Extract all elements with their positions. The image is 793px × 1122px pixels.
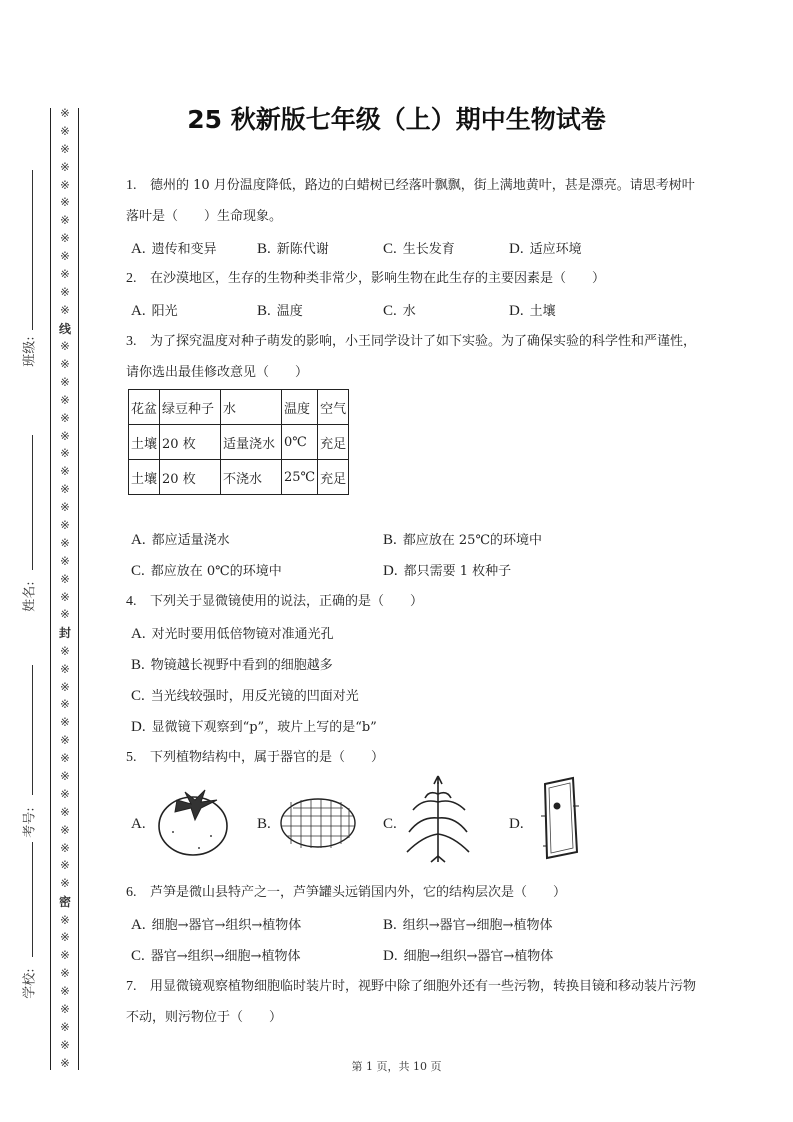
question-3: 3.为了探究温度对种子萌发的影响，小王同学设计了如下实验。为了确保实验的科学性和…	[126, 326, 696, 388]
question-1-options: A.遗传和变异 B.新陈代谢 C.生长发育 D.适应环境	[131, 232, 711, 263]
page-title: 25 秋新版七年级（上）期中生物试卷	[0, 100, 793, 136]
reference-mark-icon: ※	[60, 359, 70, 371]
class-field-line	[32, 170, 33, 330]
table-cell: 不浇水	[221, 460, 282, 495]
cell-tissue-icon	[279, 796, 357, 850]
reference-mark-icon: ※	[60, 986, 70, 998]
question-number: 1.	[126, 170, 150, 201]
table-cell: 充足	[318, 425, 349, 460]
name-field-label: 姓名:	[19, 581, 38, 611]
page-footer: 第 1 页，共 10 页	[0, 1058, 793, 1074]
question-number: 3.	[126, 326, 150, 357]
reference-mark-icon: ※	[60, 968, 70, 980]
table-cell: 土壤	[129, 460, 160, 495]
reference-mark-icon: ※	[60, 574, 70, 586]
option-c[interactable]: C.水	[383, 300, 509, 320]
reference-mark-icon: ※	[60, 609, 70, 621]
reference-mark-icon: ※	[60, 251, 70, 263]
table-header: 水	[221, 390, 282, 425]
reference-mark-icon: ※	[60, 180, 70, 192]
tomato-fruit-icon	[155, 786, 231, 858]
reference-mark-icon: ※	[60, 520, 70, 532]
option-b[interactable]: B.物镜越长视野中看到的细胞越多	[131, 654, 333, 674]
reference-mark-icon: ※	[60, 878, 70, 890]
school-field-label: 学校:	[19, 968, 38, 998]
option-a[interactable]: A.都应适量浇水	[131, 529, 383, 549]
reference-mark-icon: ※	[60, 915, 70, 927]
reference-mark-icon: ※	[60, 215, 70, 227]
seal-char: 线	[59, 323, 71, 335]
reference-mark-icon: ※	[60, 843, 70, 855]
table-row: 土壤 20 枚 不浇水 25℃ 充足	[129, 460, 349, 495]
option-c[interactable]: C.生长发育	[383, 238, 509, 258]
option-b[interactable]: B.温度	[257, 300, 383, 320]
table-header: 花盆	[129, 390, 160, 425]
reference-mark-icon: ※	[60, 341, 70, 353]
question-5-options: A. B. C.	[131, 780, 691, 870]
reference-mark-icon: ※	[60, 646, 70, 658]
reference-mark-icon: ※	[60, 413, 70, 425]
binding-line-right	[78, 108, 79, 1070]
exam-number-field-label: 考号:	[19, 807, 38, 837]
question-text: 用显微镜观察植物细胞临时装片时，视野中除了细胞外还有一些污物，转换目镜和移动装片…	[126, 979, 696, 1025]
school-field-line	[32, 842, 33, 957]
exam-number-field[interactable]: 考号:	[8, 665, 36, 845]
reference-mark-icon: ※	[60, 448, 70, 460]
reference-mark-icon: ※	[60, 664, 70, 676]
reference-mark-icon: ※	[60, 592, 70, 604]
option-d[interactable]: D.适应环境	[509, 238, 635, 258]
question-number: 6.	[126, 877, 150, 908]
plant-cell-icon	[537, 776, 583, 862]
question-4-options: A.对光时要用低倍物镜对准通光孔 B.物镜越长视野中看到的细胞越多 C.当光线较…	[131, 617, 711, 741]
table-cell: 充足	[318, 460, 349, 495]
reference-mark-icon: ※	[60, 735, 70, 747]
seal-char: 封	[59, 627, 71, 639]
question-6: 6.芦笋是微山县特产之一，芦笋罐头远销国内外，它的结构层次是（ ）	[126, 877, 696, 908]
option-a[interactable]: A.细胞→器官→组织→植物体	[131, 914, 383, 934]
question-number: 2.	[126, 263, 150, 294]
reference-mark-icon: ※	[60, 233, 70, 245]
table-cell: 20 枚	[160, 460, 221, 495]
option-a[interactable]: A.阳光	[131, 300, 257, 320]
reference-mark-icon: ※	[60, 1022, 70, 1034]
reference-mark-icon: ※	[60, 269, 70, 281]
question-2: 2.在沙漠地区，生存的生物种类非常少，影响生物在此生存的主要因素是（ ）	[126, 263, 696, 294]
corn-plant-icon	[403, 772, 473, 866]
reference-mark-icon: ※	[60, 502, 70, 514]
option-d[interactable]: D.都只需要 1 枚种子	[383, 560, 635, 580]
table-cell: 25℃	[282, 460, 318, 495]
reference-mark-icon: ※	[60, 860, 70, 872]
reference-mark-icon: ※	[60, 197, 70, 209]
question-2-options: A.阳光 B.温度 C.水 D.土壤	[131, 294, 711, 325]
reference-mark-icon: ※	[60, 162, 70, 174]
question-7: 7.用显微镜观察植物细胞临时装片时，视野中除了细胞外还有一些污物，转换目镜和移动…	[126, 971, 696, 1033]
table-header: 空气	[318, 390, 349, 425]
reference-mark-icon: ※	[60, 538, 70, 550]
reference-mark-icon: ※	[60, 932, 70, 944]
question-6-options: A.细胞→器官→组织→植物体 B.组织→器官→细胞→植物体 C.器官→组织→细胞…	[131, 908, 711, 970]
question-1: 1.德州的 10 月份温度降低，路边的白蜡树已经落叶飘飘，街上满地黄叶，甚是漂亮…	[126, 170, 696, 232]
question-number: 5.	[126, 742, 150, 773]
question-text: 下列关于显微镜使用的说法，正确的是（ ）	[150, 594, 423, 609]
name-field-line	[32, 435, 33, 570]
reference-mark-icon: ※	[60, 466, 70, 478]
option-b[interactable]: B.新陈代谢	[257, 238, 383, 258]
question-text: 芦笋是微山县特产之一，芦笋罐头远销国内外，它的结构层次是（ ）	[150, 885, 566, 900]
name-field[interactable]: 姓名:	[8, 435, 36, 655]
reference-mark-icon: ※	[60, 717, 70, 729]
table-row: 土壤 20 枚 适量浇水 0℃ 充足	[129, 425, 349, 460]
question-text: 在沙漠地区，生存的生物种类非常少，影响生物在此生存的主要因素是（ ）	[150, 271, 605, 286]
binding-line-left	[50, 108, 51, 1070]
option-c[interactable]: C.当光线较强时，用反光镜的凹面对光	[131, 685, 359, 705]
reference-mark-icon: ※	[60, 431, 70, 443]
reference-mark-icon: ※	[60, 395, 70, 407]
reference-mark-icon: ※	[60, 287, 70, 299]
experiment-table: 花盆 绿豆种子 水 温度 空气 土壤 20 枚 适量浇水 0℃ 充足 土壤 20…	[128, 389, 349, 495]
table-cell: 土壤	[129, 425, 160, 460]
table-header-row: 花盆 绿豆种子 水 温度 空气	[129, 390, 349, 425]
reference-mark-icon: ※	[60, 753, 70, 765]
question-text: 为了探究温度对种子萌发的影响，小王同学设计了如下实验。为了确保实验的科学性和严谨…	[126, 334, 696, 380]
exam-number-field-line	[32, 665, 33, 795]
reference-mark-icon: ※	[60, 144, 70, 156]
question-number: 7.	[126, 971, 150, 1002]
reference-mark-icon: ※	[60, 771, 70, 783]
option-d[interactable]: D.土壤	[509, 300, 635, 320]
reference-mark-icon: ※	[60, 484, 70, 496]
question-number: 4.	[126, 586, 150, 617]
school-field[interactable]: 学校:	[8, 842, 36, 1002]
table-cell: 0℃	[282, 425, 318, 460]
reference-mark-icon: ※	[60, 1040, 70, 1052]
question-text: 德州的 10 月份温度降低，路边的白蜡树已经落叶飘飘，街上满地黄叶，甚是漂亮。请…	[126, 178, 695, 224]
option-c[interactable]: C.都应放在 0℃的环境中	[131, 560, 383, 580]
option-b[interactable]: B.都应放在 25℃的环境中	[383, 529, 635, 549]
option-a[interactable]: A.遗传和变异	[131, 238, 257, 258]
reference-mark-icon: ※	[60, 807, 70, 819]
question-5: 5.下列植物结构中，属于器官的是（ ）	[126, 742, 696, 773]
table-cell: 适量浇水	[221, 425, 282, 460]
reference-mark-icon: ※	[60, 682, 70, 694]
option-d[interactable]: D.细胞→组织→器官→植物体	[383, 945, 635, 965]
reference-mark-icon: ※	[60, 950, 70, 962]
seal-marks: ※※※※※※※※※※※※线※※※※※※※※※※※※※※※※封※※※※※※※※※※…	[56, 108, 74, 1070]
table-header: 绿豆种子	[160, 390, 221, 425]
reference-mark-icon: ※	[60, 305, 70, 317]
reference-mark-icon: ※	[60, 556, 70, 568]
reference-mark-icon: ※	[60, 377, 70, 389]
class-field-label: 班级:	[19, 336, 38, 366]
option-c[interactable]: C.器官→组织→细胞→植物体	[131, 945, 383, 965]
seal-char: 密	[59, 896, 71, 908]
question-3-options: A.都应适量浇水 B.都应放在 25℃的环境中 C.都应放在 0℃的环境中 D.…	[131, 523, 711, 585]
reference-mark-icon: ※	[60, 825, 70, 837]
binding-margin: ※※※※※※※※※※※※线※※※※※※※※※※※※※※※※封※※※※※※※※※※…	[0, 0, 110, 1122]
question-text: 下列植物结构中，属于器官的是（ ）	[150, 750, 384, 765]
table-header: 温度	[282, 390, 318, 425]
reference-mark-icon: ※	[60, 789, 70, 801]
option-d[interactable]: D.显微镜下观察到“p”，玻片上写的是“b”	[131, 716, 377, 736]
option-a[interactable]: A.对光时要用低倍物镜对准通光孔	[131, 623, 334, 643]
reference-mark-icon: ※	[60, 1004, 70, 1016]
table-cell: 20 枚	[160, 425, 221, 460]
class-field[interactable]: 班级:	[8, 170, 36, 400]
reference-mark-icon: ※	[60, 699, 70, 711]
question-4: 4.下列关于显微镜使用的说法，正确的是（ ）	[126, 586, 696, 617]
option-b[interactable]: B.组织→器官→细胞→植物体	[383, 914, 635, 934]
